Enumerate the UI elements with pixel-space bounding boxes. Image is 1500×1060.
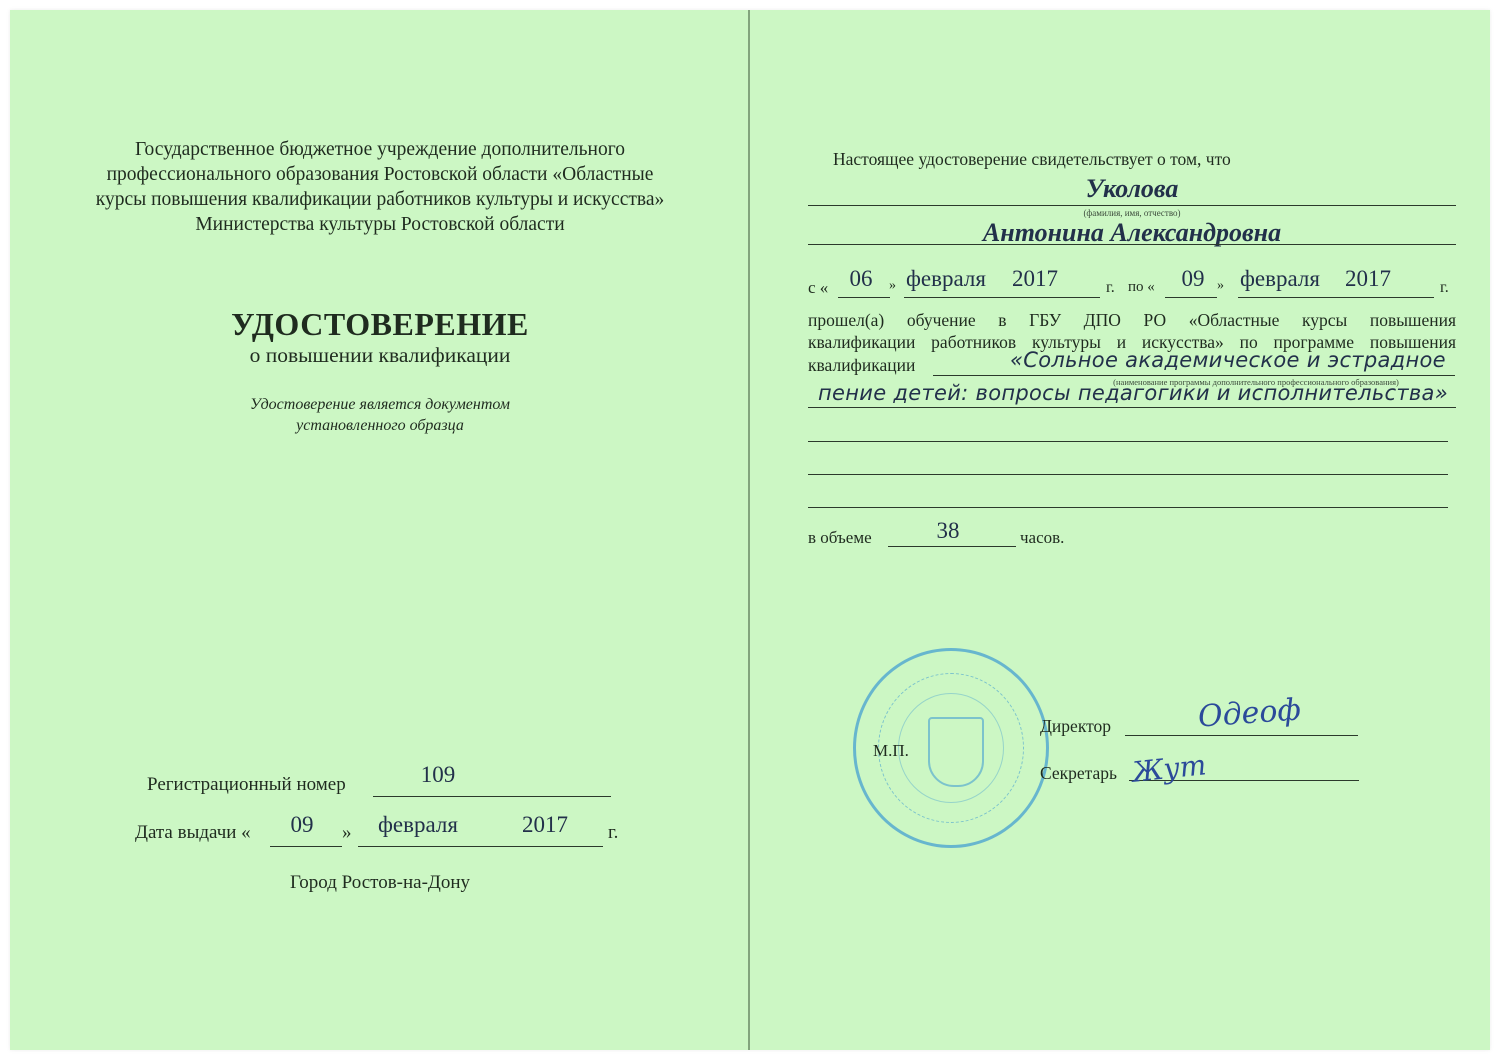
period-from-quote-close: » [889,278,896,294]
registration-number: 109 [373,762,503,788]
issue-date-suffix: г. [608,822,618,844]
hours-underline [888,546,1016,547]
from-month-underline [904,297,1100,298]
certificate-intro: Настоящее удостоверение свидетельствует … [833,149,1231,170]
surname-underline [808,205,1456,206]
period-from-month: февраля [906,266,986,292]
blank-line-3 [808,507,1448,508]
blank-line-1 [808,441,1448,442]
organization-line: курсы повышения квалификации работников … [60,187,700,212]
period-to-month: февраля [1240,266,1320,292]
issue-day-underline [270,846,342,847]
organization-line: Министерства культуры Ростовской области [60,212,700,237]
organization-block: Государственное бюджетное учреждение доп… [60,137,700,237]
city: Город Ростов-на-Дону [200,872,560,894]
issue-year: 2017 [522,812,568,838]
secretary-label: Секретарь [1040,763,1117,784]
document-subtitle: о повышении квалификации [160,343,600,368]
issue-month: февраля [378,812,458,838]
note-line: установленного образца [180,415,580,436]
registration-label: Регистрационный номер [147,774,346,796]
period-to-day: 09 [1170,266,1216,292]
issue-day: 09 [270,812,334,838]
holder-surname: Уколова [808,174,1456,204]
organization-line: Государственное бюджетное учреждение доп… [60,137,700,162]
period-to-year: 2017 [1345,266,1391,292]
hours-value: 38 [888,518,1008,544]
period-from-day: 06 [838,266,884,292]
note-line: Удостоверение является документом [180,394,580,415]
organization-line: профессионального образования Ростовской… [60,162,700,187]
issue-date-quote-close: » [342,822,352,844]
period-from-prefix: с « [808,278,828,298]
period-from-year: 2017 [1012,266,1058,292]
coat-of-arms-icon [928,717,984,787]
hours-suffix: часов. [1020,528,1064,548]
name-caption: (фамилия, имя, отчество) [1032,208,1232,218]
period-to-suffix: г. [1440,279,1449,297]
hours-label: в объеме [808,528,872,548]
given-names-underline [808,244,1456,245]
seal-label: М.П. [873,741,909,761]
training-body: прошел(а) обучение в ГБУ ДПО РО «Областн… [808,309,1456,353]
document-title: УДОСТОВЕРЕНИЕ [160,306,600,343]
director-signature-line [1125,735,1358,736]
to-month-underline [1238,297,1434,298]
program-name-line-2: пение детей: вопросы педагогики и исполн… [818,381,1448,405]
page-fold [748,10,750,1050]
director-signature: Одеоф [1197,692,1302,734]
director-label: Директор [1040,716,1111,737]
program-label: квалификации [808,355,915,376]
program-underline-2 [808,407,1456,408]
document-note: Удостоверение является документом устано… [180,394,580,436]
registration-underline [373,796,611,797]
period-from-suffix: г. [1106,279,1115,297]
period-to-prefix: по « [1128,279,1155,296]
program-name-line-1: «Сольное академическое и эстрадное [1010,348,1446,372]
program-underline-1 [933,375,1455,376]
body-line: прошел(а) обучение в ГБУ ДПО РО «Областн… [808,309,1456,331]
period-to-quote-close: » [1217,278,1224,294]
to-day-underline [1165,297,1217,298]
issue-month-year-underline [358,846,603,847]
from-day-underline [838,297,890,298]
blank-line-2 [808,474,1448,475]
issue-date-label: Дата выдачи « [135,822,251,844]
